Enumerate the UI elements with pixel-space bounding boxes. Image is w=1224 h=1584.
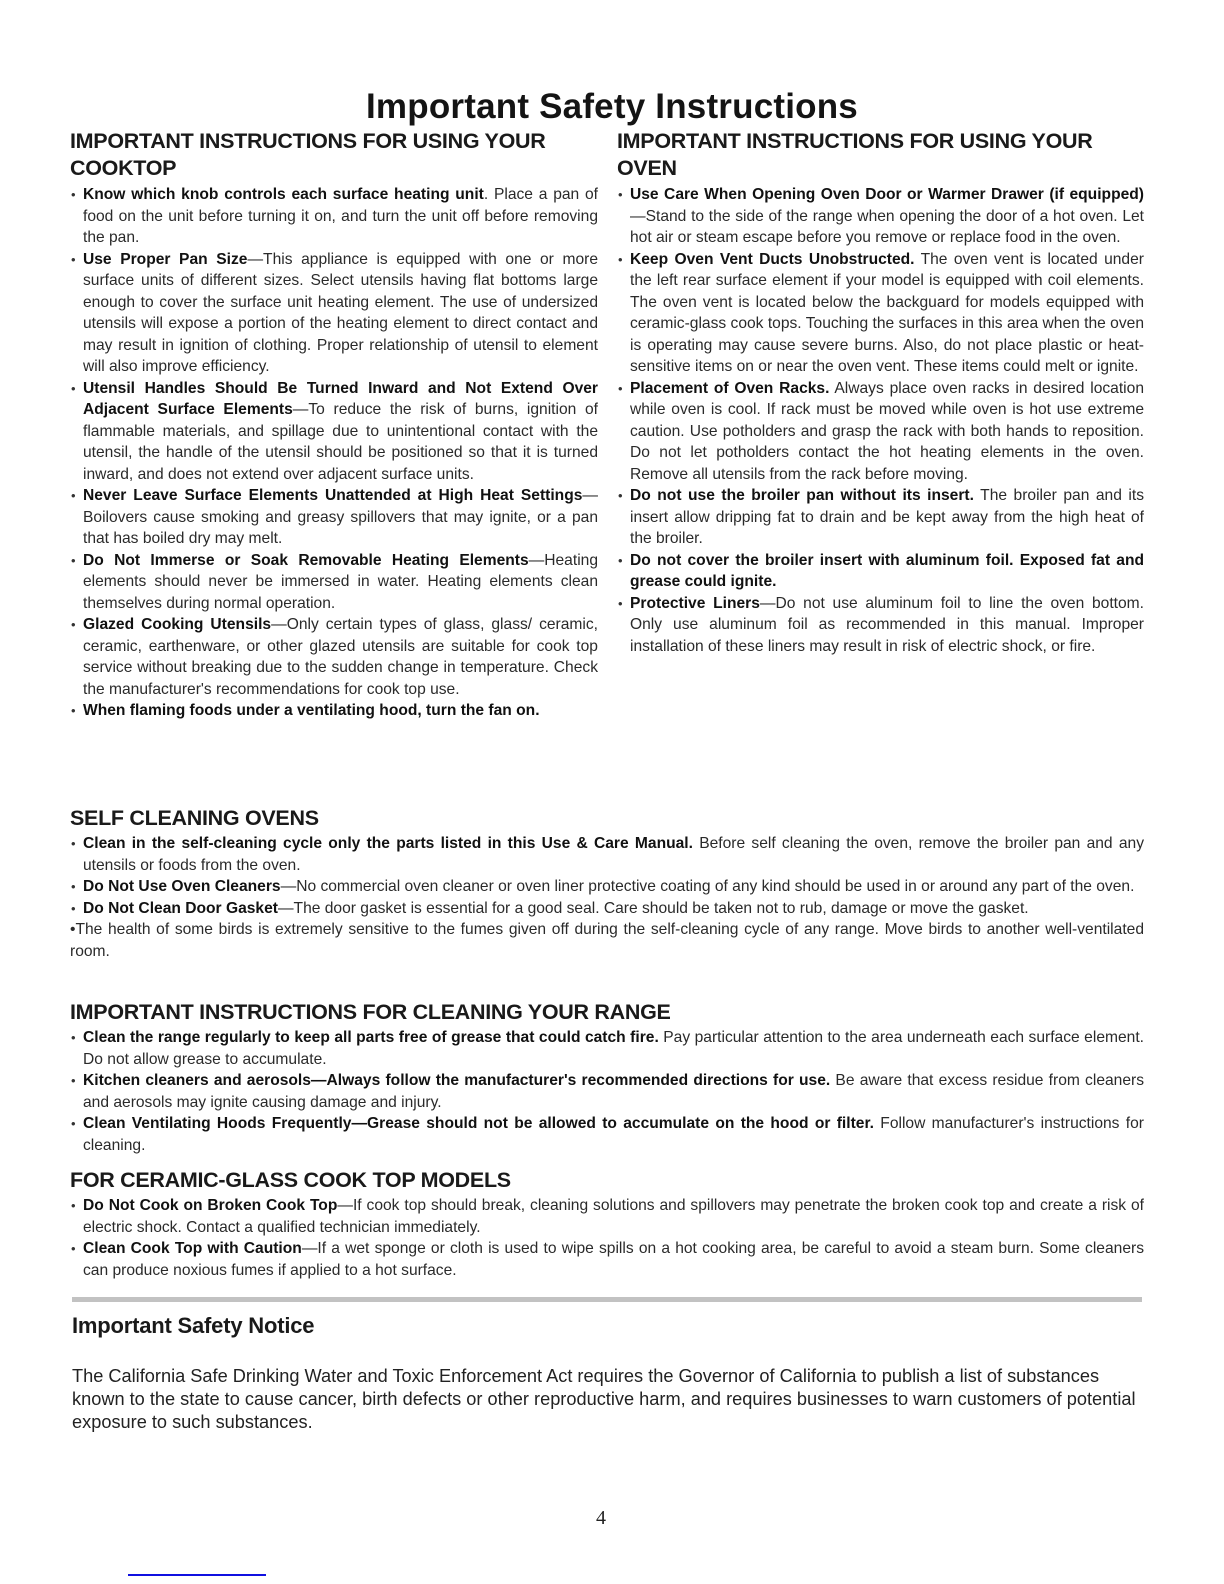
item-bold: Never Leave Surface Elements Unattended … (83, 487, 582, 504)
list-item: Clean Ventilating Hoods Frequently—Greas… (70, 1113, 1144, 1156)
item-bold: Know which knob controls each surface he… (83, 186, 484, 203)
ceramic-glass-list: Do Not Cook on Broken Cook Top—If cook t… (70, 1195, 1144, 1281)
item-bold: Kitchen cleaners and aerosols—Always fol… (83, 1072, 830, 1089)
item-text: The oven vent is located under the left … (630, 251, 1144, 376)
item-bold: Do Not Use Oven Cleaners (83, 878, 281, 895)
self-cleaning-list: Clean in the self-cleaning cycle only th… (70, 833, 1144, 962)
oven-section: IMPORTANT INSTRUCTIONS FOR USING YOUR OV… (617, 128, 1144, 657)
item-bold: Clean Ventilating Hoods Frequently—Greas… (83, 1115, 874, 1132)
item-bold: Placement of Oven Racks. (630, 380, 829, 397)
list-item: Keep Oven Vent Ducts Unobstructed. The o… (617, 249, 1144, 378)
list-item: When flaming foods under a ventilating h… (70, 700, 598, 722)
list-item: Glazed Cooking Utensils—Only certain typ… (70, 614, 598, 700)
list-item: Do Not Immerse or Soak Removable Heating… (70, 550, 598, 615)
item-bold: Glazed Cooking Utensils (83, 616, 271, 633)
item-text: —No commercial oven cleaner or oven line… (281, 878, 1135, 895)
item-bold: Do Not Cook on Broken Cook Top (83, 1197, 337, 1214)
oven-heading: IMPORTANT INSTRUCTIONS FOR USING YOUR OV… (617, 128, 1144, 182)
cleaning-range-heading: IMPORTANT INSTRUCTIONS FOR CLEANING YOUR… (70, 999, 1144, 1025)
item-bold: Protective Liners (630, 595, 760, 612)
cleaning-range-list: Clean the range regularly to keep all pa… (70, 1027, 1144, 1156)
item-text: —The door gasket is essential for a good… (278, 900, 1029, 917)
item-bold: Do not use the broiler pan without its i… (630, 487, 974, 504)
ceramic-glass-section: FOR CERAMIC-GLASS COOK TOP MODELS Do Not… (70, 1167, 1144, 1281)
list-item: Do not use the broiler pan without its i… (617, 485, 1144, 550)
list-item: Use Care When Opening Oven Door or Warme… (617, 184, 1144, 249)
item-bold: Do Not Clean Door Gasket (83, 900, 278, 917)
list-item: Clean Cook Top with Caution—If a wet spo… (70, 1238, 1144, 1281)
page-title: Important Safety Instructions (0, 87, 1224, 127)
item-bold: Do not cover the broiler insert with alu… (630, 552, 1144, 591)
cooktop-list: Know which knob controls each surface he… (70, 184, 598, 722)
list-item: Do not cover the broiler insert with alu… (617, 550, 1144, 593)
item-bold: Keep Oven Vent Ducts Unobstructed. (630, 251, 915, 268)
item-text: —Stand to the side of the range when ope… (630, 208, 1144, 247)
list-item: Do Not Cook on Broken Cook Top—If cook t… (70, 1195, 1144, 1238)
list-item: Clean the range regularly to keep all pa… (70, 1027, 1144, 1070)
list-item: Do Not Clean Door Gasket—The door gasket… (70, 898, 1144, 920)
cooktop-section: IMPORTANT INSTRUCTIONS FOR USING YOUR CO… (70, 128, 598, 722)
list-item: •The health of some birds is extremely s… (70, 919, 1144, 962)
list-item: Do Not Use Oven Cleaners—No commercial o… (70, 876, 1144, 898)
ceramic-glass-heading: FOR CERAMIC-GLASS COOK TOP MODELS (70, 1167, 1144, 1193)
list-item: Never Leave Surface Elements Unattended … (70, 485, 598, 550)
self-cleaning-heading: SELF CLEANING OVENS (70, 805, 1144, 831)
list-item: Kitchen cleaners and aerosols—Always fol… (70, 1070, 1144, 1113)
cleaning-range-section: IMPORTANT INSTRUCTIONS FOR CLEANING YOUR… (70, 999, 1144, 1156)
item-bold: Clean in the self-cleaning cycle only th… (83, 835, 693, 852)
list-item: Utensil Handles Should Be Turned Inward … (70, 378, 598, 486)
cooktop-heading: IMPORTANT INSTRUCTIONS FOR USING YOUR CO… (70, 128, 598, 182)
list-item: Placement of Oven Racks. Always place ov… (617, 378, 1144, 486)
item-text: —This appliance is equipped with one or … (83, 251, 598, 376)
notice-title: Important Safety Notice (72, 1313, 314, 1339)
item-text: •The health of some birds is extremely s… (70, 921, 1144, 960)
footer-link-underline[interactable] (128, 1574, 266, 1576)
self-cleaning-section: SELF CLEANING OVENS Clean in the self-cl… (70, 805, 1144, 962)
item-bold: Clean the range regularly to keep all pa… (83, 1029, 659, 1046)
item-bold: Use Care When Opening Oven Door or Warme… (630, 186, 1144, 203)
list-item: Clean in the self-cleaning cycle only th… (70, 833, 1144, 876)
item-bold: Clean Cook Top with Caution (83, 1240, 302, 1257)
item-bold: When flaming foods under a ventilating h… (83, 702, 540, 719)
section-divider (72, 1297, 1142, 1302)
item-bold: Do Not Immerse or Soak Removable Heating… (83, 552, 529, 569)
notice-body: The California Safe Drinking Water and T… (72, 1365, 1152, 1434)
page-number: 4 (596, 1507, 606, 1530)
oven-list: Use Care When Opening Oven Door or Warme… (617, 184, 1144, 657)
list-item: Protective Liners—Do not use aluminum fo… (617, 593, 1144, 658)
list-item: Use Proper Pan Size—This appliance is eq… (70, 249, 598, 378)
item-bold: Use Proper Pan Size (83, 251, 247, 268)
list-item: Know which knob controls each surface he… (70, 184, 598, 249)
